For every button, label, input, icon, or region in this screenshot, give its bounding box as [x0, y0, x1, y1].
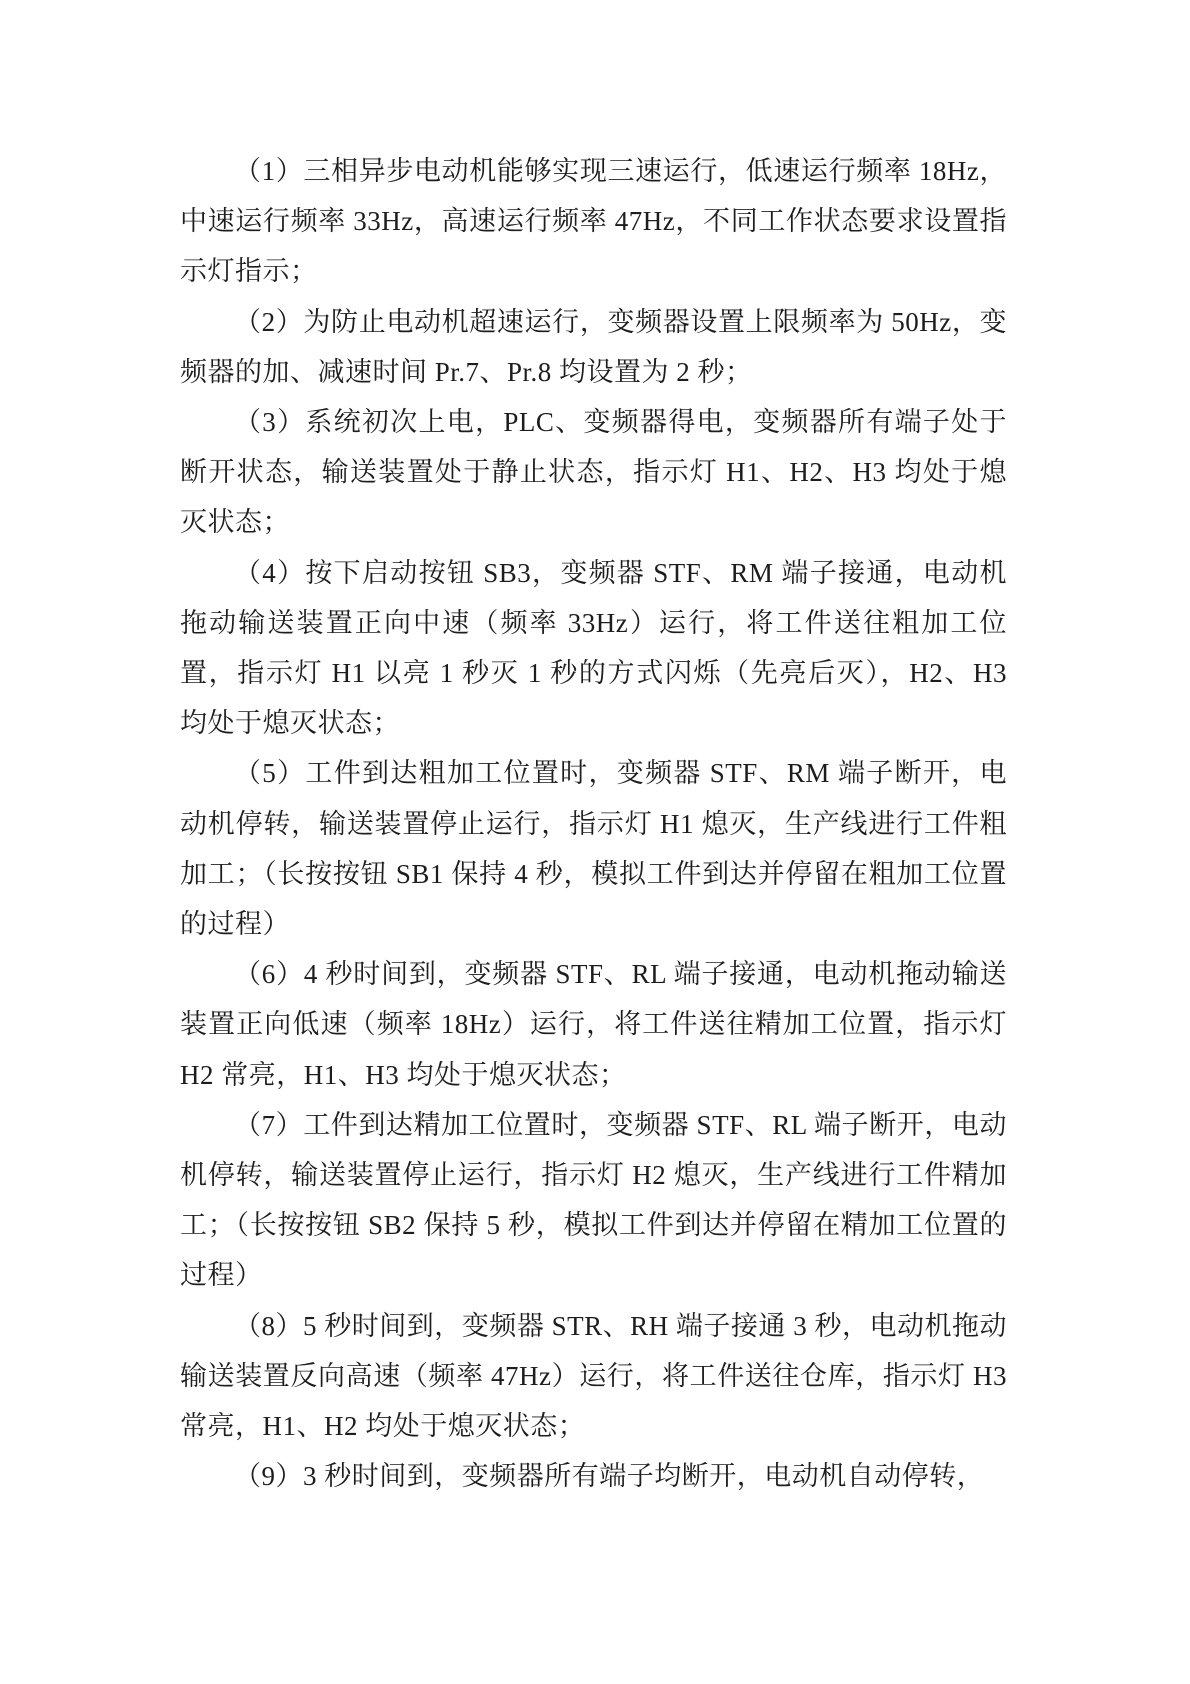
paragraph-1: （1）三相异步电动机能够实现三速运行，低速运行频率 18Hz，中速运行频率 33…: [180, 146, 1007, 297]
paragraph-2: （2）为防止电动机超速运行，变频器设置上限频率为 50Hz，变频器的加、减速时间…: [180, 297, 1007, 397]
paragraph-7: （7）工件到达精加工位置时，变频器 STF、RL 端子断开，电动机停转，输送装置…: [180, 1100, 1007, 1301]
paragraph-6: （6）4 秒时间到，变频器 STF、RL 端子接通，电动机拖动输送装置正向低速（…: [180, 949, 1007, 1100]
paragraph-4: （4）按下启动按钮 SB3，变频器 STF、RM 端子接通，电动机拖动输送装置正…: [180, 548, 1007, 749]
paragraph-8: （8）5 秒时间到，变频器 STR、RH 端子接通 3 秒，电动机拖动输送装置反…: [180, 1301, 1007, 1452]
document-text-block: （1）三相异步电动机能够实现三速运行，低速运行频率 18Hz，中速运行频率 33…: [180, 146, 1007, 1501]
paragraph-3: （3）系统初次上电，PLC、变频器得电，变频器所有端子处于断开状态，输送装置处于…: [180, 397, 1007, 548]
paragraph-5: （5）工件到达粗加工位置时，变频器 STF、RM 端子断开，电动机停转，输送装置…: [180, 748, 1007, 949]
document-page: （1）三相异步电动机能够实现三速运行，低速运行频率 18Hz，中速运行频率 33…: [0, 0, 1190, 1684]
paragraph-9: （9）3 秒时间到，变频器所有端子均断开，电动机自动停转，: [180, 1451, 1007, 1501]
